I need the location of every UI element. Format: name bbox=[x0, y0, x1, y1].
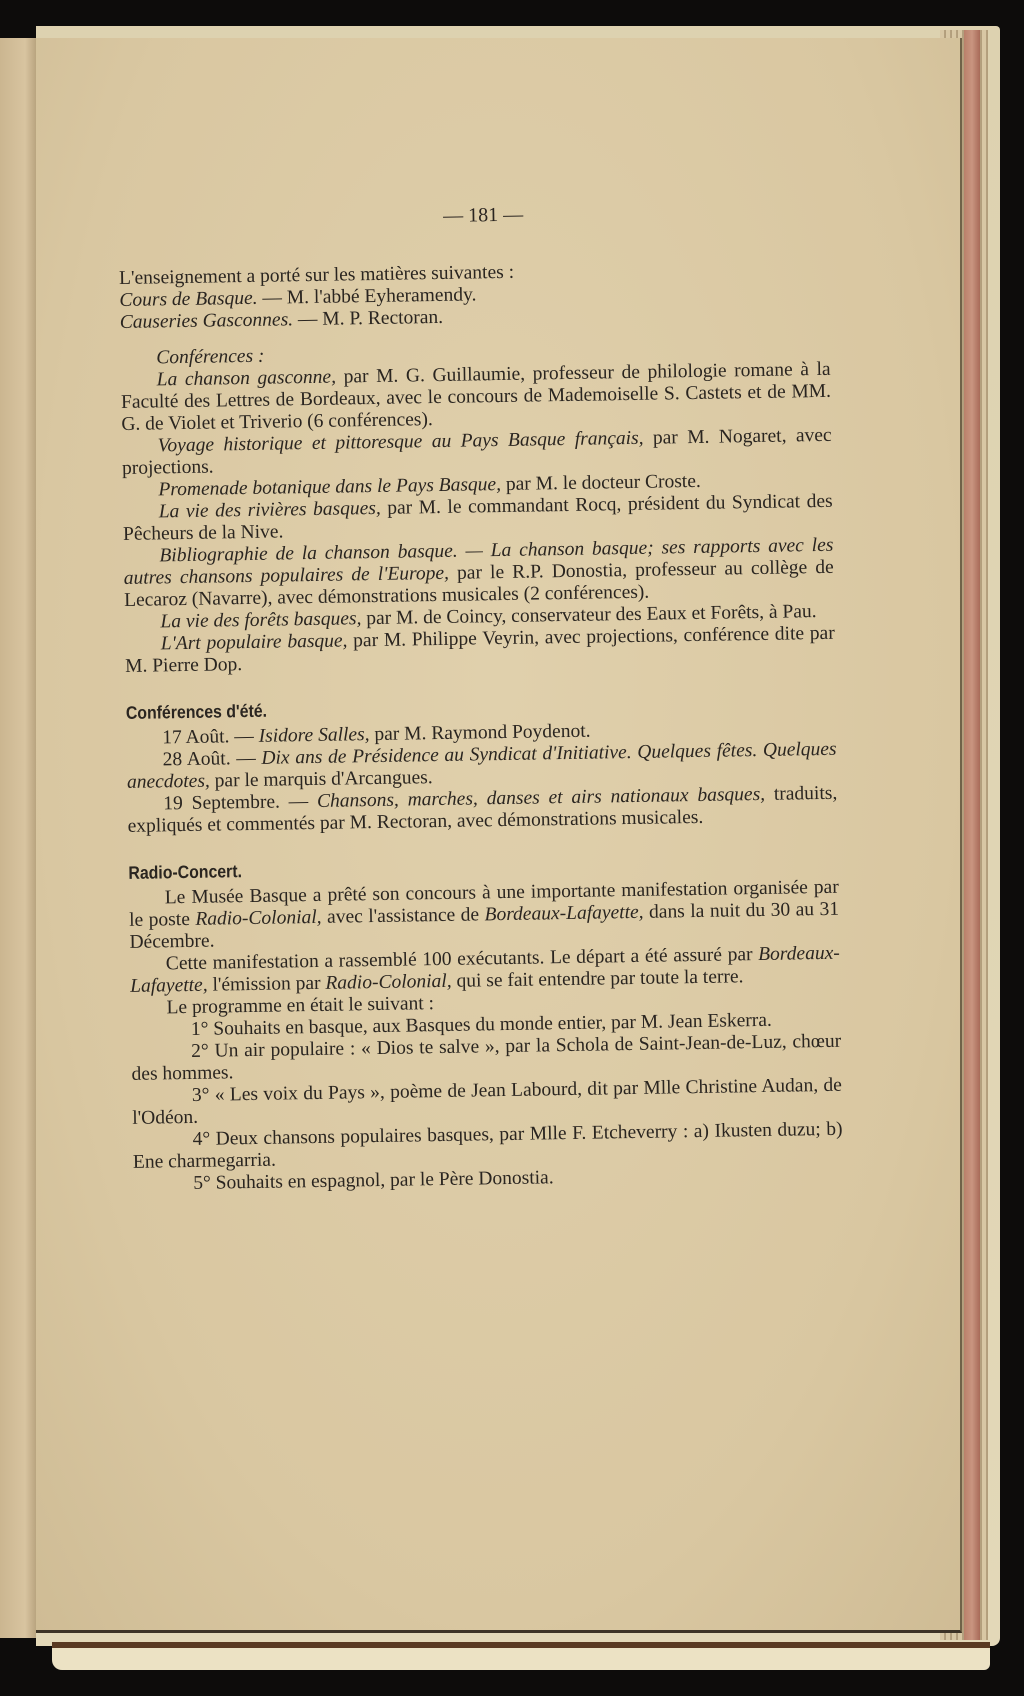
text-run: avec l'assistance de bbox=[321, 904, 484, 928]
conferences-label-text: Conférences : bbox=[156, 346, 264, 369]
event-details: par le marquis d'Arcangues. bbox=[210, 767, 433, 791]
conference-title: La vie des rivières basques, bbox=[159, 498, 381, 522]
course-title: Cours de Basque. bbox=[119, 288, 257, 311]
station-name: Radio-Colonial, bbox=[195, 907, 322, 930]
course-teacher: — M. P. Rectoran. bbox=[293, 307, 443, 330]
conference-item: Bibliographie de la chanson basque. — La… bbox=[123, 535, 834, 612]
event-date: 17 Août. — bbox=[162, 726, 259, 749]
text-run: l'émission par bbox=[207, 973, 325, 996]
conference-title: La chanson gasconne, bbox=[157, 367, 337, 391]
event-date: 28 Août. — bbox=[162, 748, 261, 771]
event-title: Isidore Salles, bbox=[259, 724, 370, 747]
text-run: qui se fait entendre par toute la terre. bbox=[451, 966, 743, 992]
event-date: 19 Septembre. — bbox=[163, 791, 317, 814]
course-teacher: — M. l'abbé Eyheramendy. bbox=[257, 284, 476, 308]
conference-details: par M. le docteur Croste. bbox=[501, 471, 701, 495]
conference-title: La vie des forêts basques, bbox=[160, 608, 361, 632]
red-edge-stain bbox=[964, 30, 980, 1640]
page-number: — 181 — bbox=[138, 199, 828, 232]
conference-item: La chanson gasconne, par M. G. Guillaumi… bbox=[121, 359, 832, 436]
page-bottom-edge bbox=[52, 1642, 990, 1670]
conference-title: L'Art populaire basque, bbox=[161, 630, 348, 654]
event-details: par M. Raymond Poydenot. bbox=[369, 721, 590, 745]
book-page: — 181 — L'enseignement a porté sur les m… bbox=[36, 38, 962, 1633]
facing-page-edge bbox=[0, 38, 38, 1638]
station-name: Bordeaux-Lafayette, bbox=[484, 902, 643, 925]
radio-paragraph-1: Le Musée Basque a prêté son concours à u… bbox=[129, 877, 840, 954]
station-name: Radio-Colonial, bbox=[325, 971, 452, 994]
course-title: Causeries Gasconnes. bbox=[120, 309, 294, 333]
page-content: — 181 — L'enseignement a porté sur les m… bbox=[118, 199, 843, 1196]
